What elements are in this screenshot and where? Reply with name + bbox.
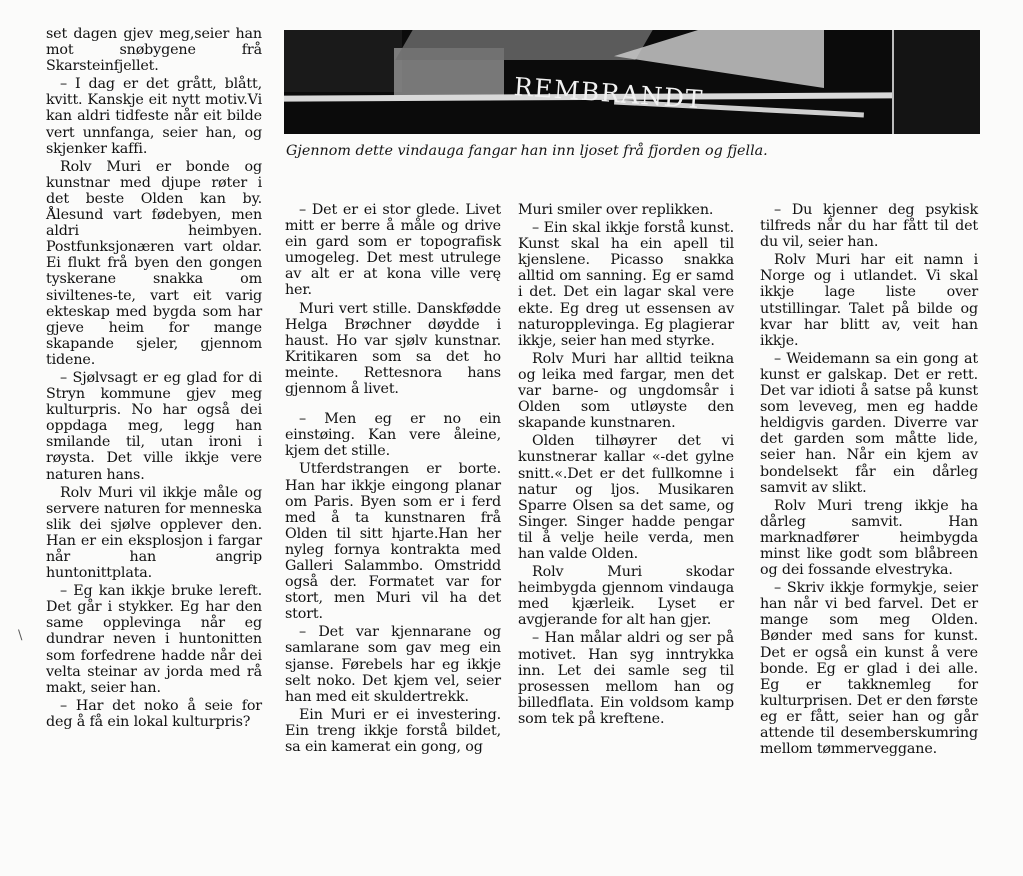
photo-caption: Gjennom dette vindauga fangar han inn lj… [286, 143, 768, 159]
photo-dark-edge [892, 30, 980, 134]
article-column-2: – Det er ei stor glede. Livet mitt er be… [285, 202, 501, 755]
paragraph: Olden tilhøyrer det vi kunstnerar kallar… [518, 433, 734, 562]
paragraph: – I dag er det grått, blått, kvitt. Kans… [46, 76, 262, 156]
paragraph: – Det var kjennarane og samlarane som ga… [285, 624, 501, 704]
paragraph: Muri vert stille. Danskfødde Helga Brøch… [285, 301, 501, 398]
paragraph: – Har det noko å seie for deg å få ein l… [46, 698, 262, 730]
paragraph: – Du kjenner deg psykisk tilfreds når du… [760, 202, 978, 250]
paragraph: – Ein skal ikkje forstå kunst. Kunst ska… [518, 220, 734, 349]
paragraph: – Eg kan ikkje bruke lereft. Det går i s… [46, 583, 262, 696]
article-column-1: set dagen gjev meg,seier han mot snøbyge… [46, 26, 262, 730]
paragraph: – Weidemann sa ein gong at kunst er gals… [760, 351, 978, 496]
photo-window-frame [395, 30, 652, 60]
article-photo: REMBRANDT [284, 30, 980, 134]
article-column-3: Muri smiler over replikken. – Ein skal i… [518, 202, 734, 727]
article-column-4: – Du kjenner deg psykisk tilfreds når du… [760, 202, 978, 757]
paragraph: Rolv Muri skodar heimbygda gjennom vinda… [518, 564, 734, 628]
paragraph: – Skriv ikkje formykje, seier han når vi… [760, 580, 978, 757]
paragraph: set dagen gjev meg,seier han mot snøbyge… [46, 26, 262, 74]
paragraph: – Men eg er no ein einstøing. Kan vere å… [285, 411, 501, 459]
paragraph: Ein Muri er ei investering. Ein treng ik… [285, 707, 501, 755]
paragraph: – Det er ei stor glede. Livet mitt er be… [285, 202, 501, 299]
paragraph: Rolv Muri treng ikkje ha dårleg samvit. … [760, 498, 978, 578]
paragraph: – Han målar aldri og ser på motivet. Han… [518, 630, 734, 727]
newspaper-page: set dagen gjev meg,seier han mot snøbyge… [0, 0, 1023, 876]
paragraph: Rolv Muri har eit namn i Norge og i utla… [760, 252, 978, 349]
photo-shadow-region [284, 30, 402, 92]
scan-margin-mark: \ [18, 628, 22, 643]
paragraph: Rolv Muri vil ikkje måle og servere natu… [46, 485, 262, 582]
paragraph: – Sjølvsagt er eg glad for di Stryn komm… [46, 370, 262, 483]
book-spine-text: REMBRANDT [513, 72, 705, 114]
paragraph: Muri smiler over replikken. [518, 202, 734, 218]
paragraph: Rolv Muri har alltid teikna og leika med… [518, 351, 734, 431]
paragraph: Utferdstrangen er borte. Han har ikkje e… [285, 461, 501, 622]
paragraph: Rolv Muri er bonde og kunstnar med djupe… [46, 159, 262, 368]
